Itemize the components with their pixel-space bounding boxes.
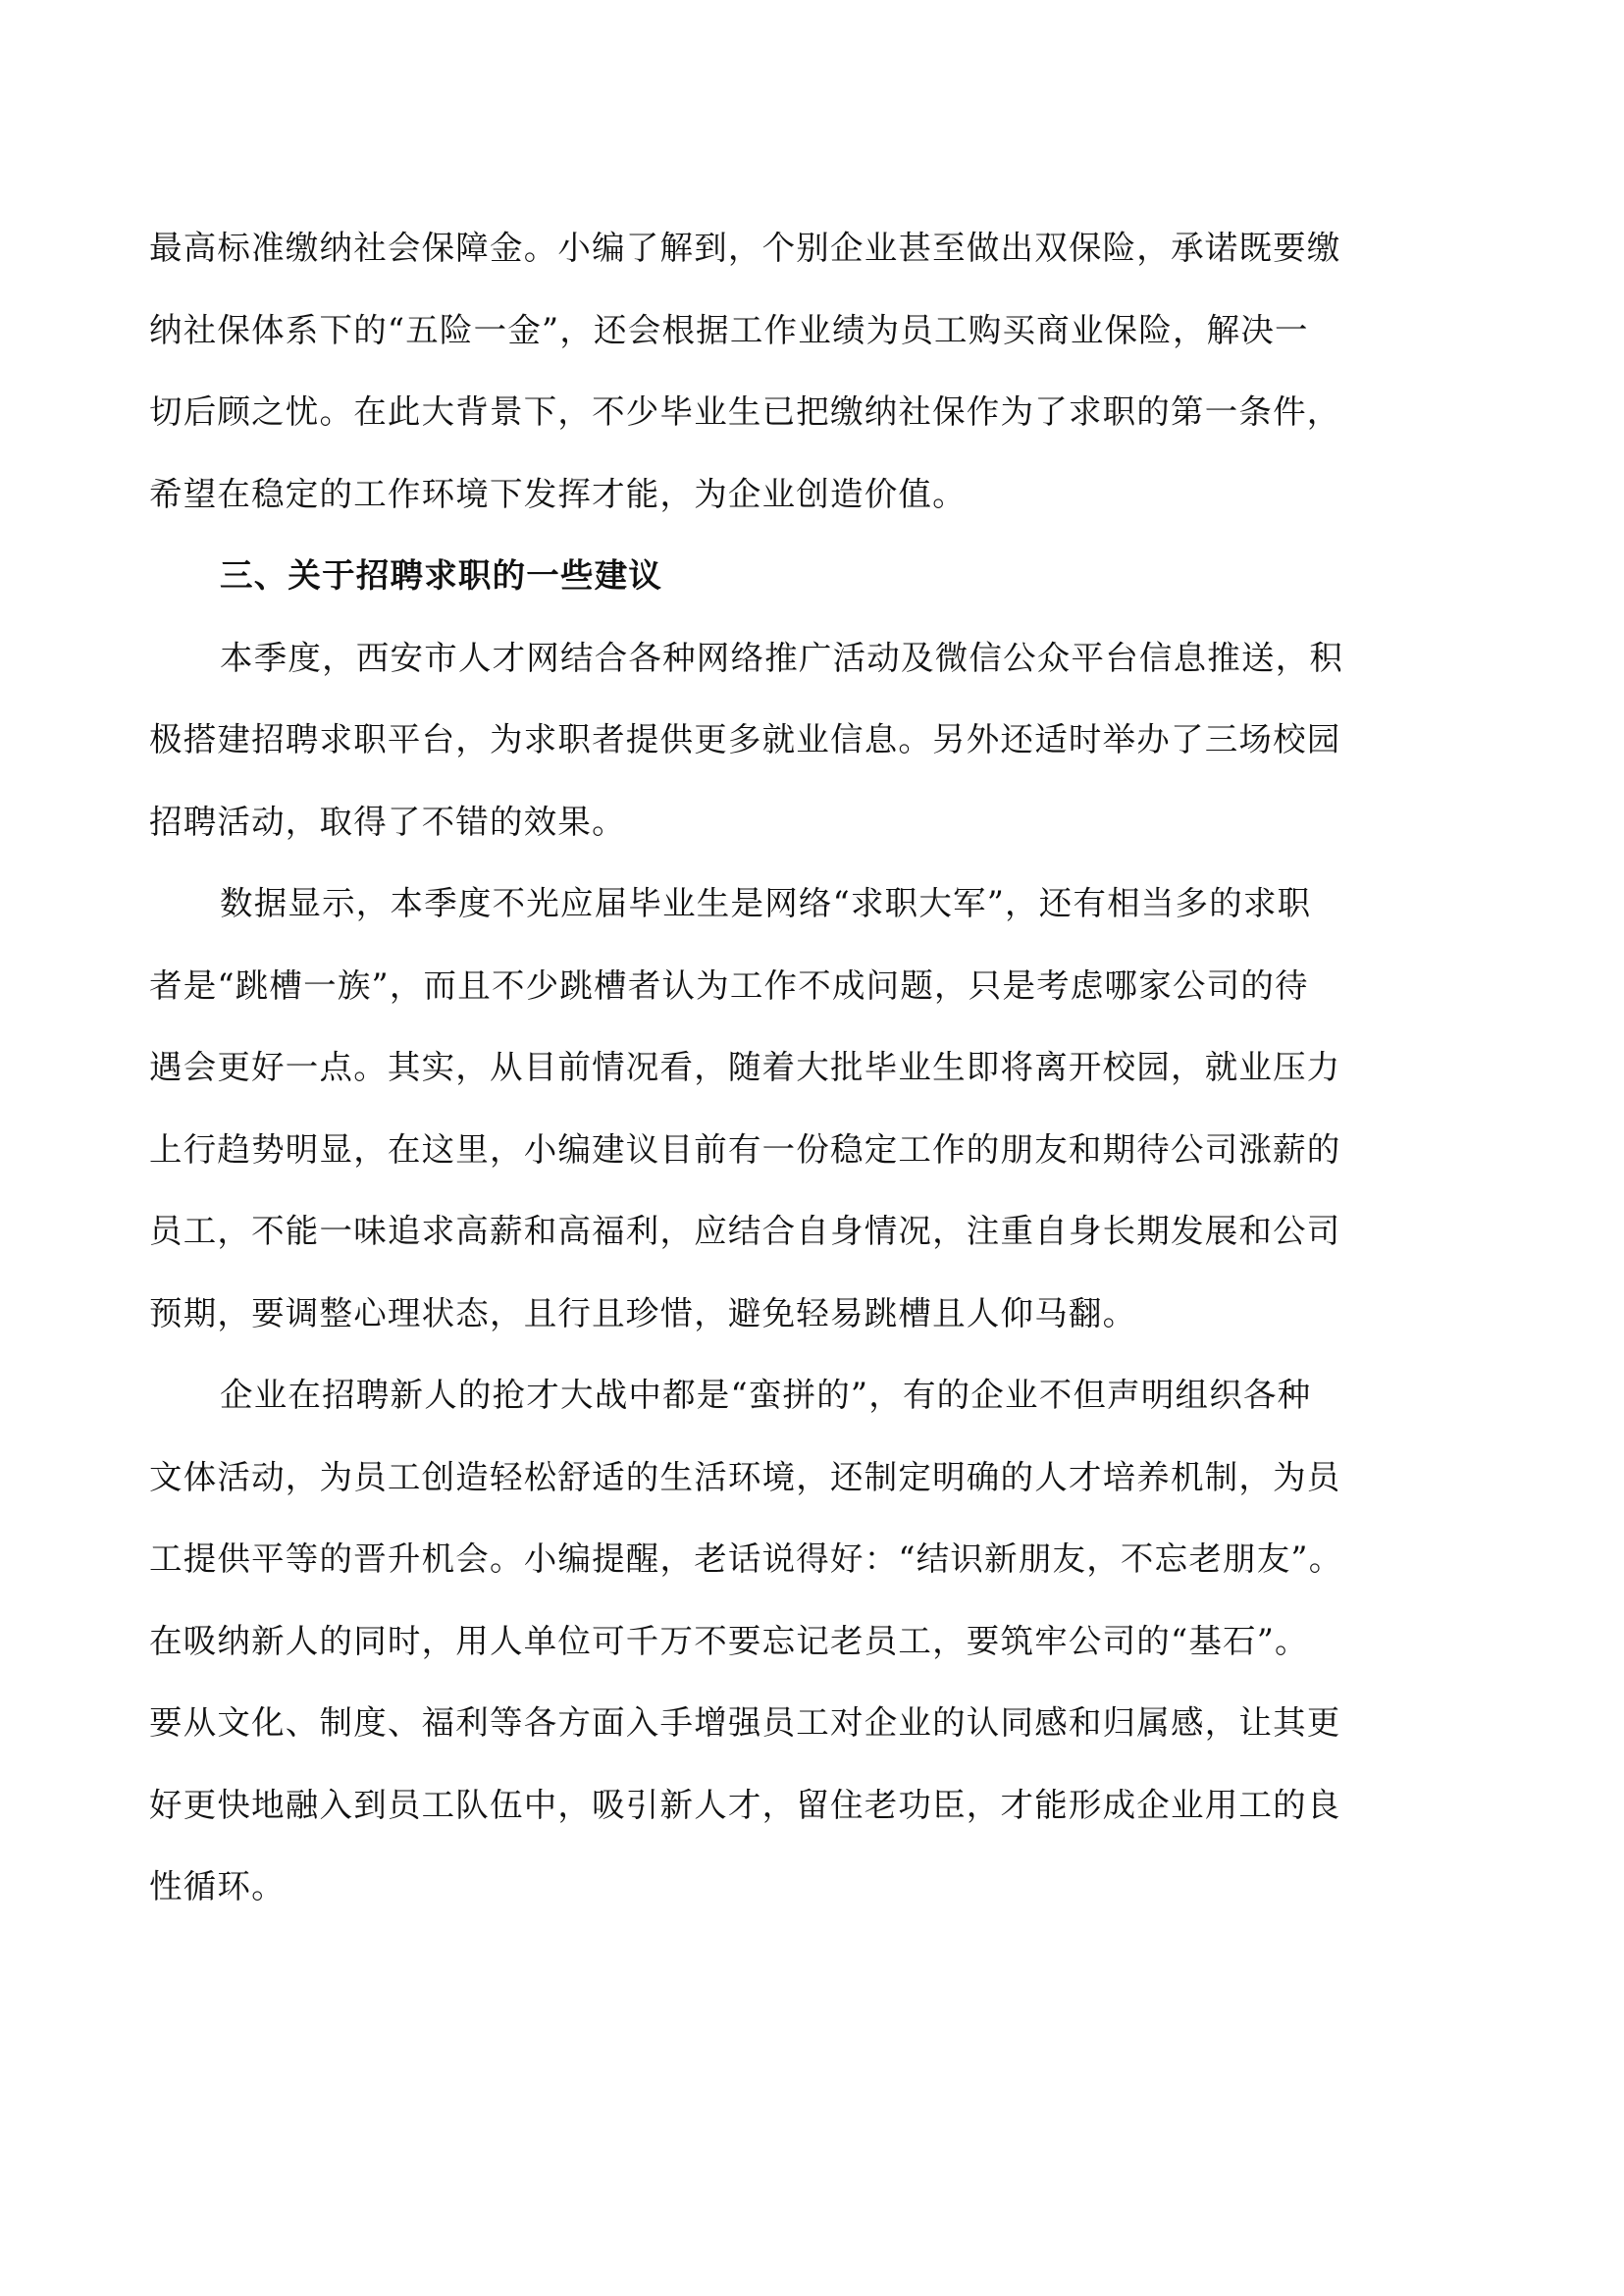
text-line: 极搭建招聘求职平台，为求职者提供更多就业信息。另外还适时举办了三场校园 [149,715,1479,798]
paragraph-job-hoppers: 数据显示，本季度不光应届毕业生是网络“求职大军”，还有相当多的求职 者是“跳槽一… [149,879,1479,1371]
section-heading: 三、关于招聘求职的一些建议 [149,551,1479,634]
text-line: 预期，要调整心理状态，且行且珍惜，避免轻易跳槽且人仰马翻。 [149,1289,1479,1372]
text-line: 本季度，西安市人才网结合各种网络推广活动及微信公众平台信息推送，积 [149,634,1479,716]
text-line: 工提供平等的晋升机会。小编提醒，老话说得好：“结识新朋友，不忘老朋友”。 [149,1535,1479,1617]
text-line: 者是“跳槽一族”，而且不少跳槽者认为工作不成问题，只是考虑哪家公司的待 [149,962,1479,1044]
text-line: 员工，不能一味追求高薪和高福利，应结合自身情况，注重自身长期发展和公司 [149,1207,1479,1289]
paragraph-platform: 本季度，西安市人才网结合各种网络推广活动及微信公众平台信息推送，积 极搭建招聘求… [149,634,1479,880]
text-line: 切后顾之忧。在此大背景下，不少毕业生已把缴纳社保作为了求职的第一条件， [149,388,1479,470]
text-line: 要从文化、制度、福利等各方面入手增强员工对企业的认同感和归属感，让其更 [149,1698,1479,1781]
paragraph-talent-war: 企业在招聘新人的抢才大战中都是“蛮拼的”，有的企业不但声明组织各种 文体活动，为… [149,1371,1479,1945]
text-line: 文体活动，为员工创造轻松舒适的生活环境，还制定明确的人才培养机制，为员 [149,1453,1479,1536]
text-line: 上行趋势明显，在这里，小编建议目前有一份稳定工作的朋友和期待公司涨薪的 [149,1125,1479,1208]
text-line: 纳社保体系下的“五险一金”，还会根据工作业绩为员工购买商业保险，解决一 [149,306,1479,389]
text-line: 最高标准缴纳社会保障金。小编了解到，个别企业甚至做出双保险，承诺既要缴 [149,224,1479,306]
paragraph-social-security: 最高标准缴纳社会保障金。小编了解到，个别企业甚至做出双保险，承诺既要缴 纳社保体… [149,224,1479,551]
text-line: 企业在招聘新人的抢才大战中都是“蛮拼的”，有的企业不但声明组织各种 [149,1371,1479,1453]
text-line: 好更快地融入到员工队伍中，吸引新人才，留住老功臣，才能形成企业用工的良 [149,1781,1479,1863]
text-line: 数据显示，本季度不光应届毕业生是网络“求职大军”，还有相当多的求职 [149,879,1479,962]
document-page: 最高标准缴纳社会保障金。小编了解到，个别企业甚至做出双保险，承诺既要缴 纳社保体… [149,224,1479,1945]
text-line: 在吸纳新人的同时，用人单位可千万不要忘记老员工，要筑牢公司的“基石”。 [149,1617,1479,1699]
heading-text: 三、关于招聘求职的一些建议 [149,551,1479,634]
text-line: 招聘活动，取得了不错的效果。 [149,798,1479,880]
text-line: 希望在稳定的工作环境下发挥才能，为企业创造价值。 [149,470,1479,552]
text-line: 性循环。 [149,1862,1479,1945]
text-line: 遇会更好一点。其实，从目前情况看，随着大批毕业生即将离开校园，就业压力 [149,1043,1479,1125]
